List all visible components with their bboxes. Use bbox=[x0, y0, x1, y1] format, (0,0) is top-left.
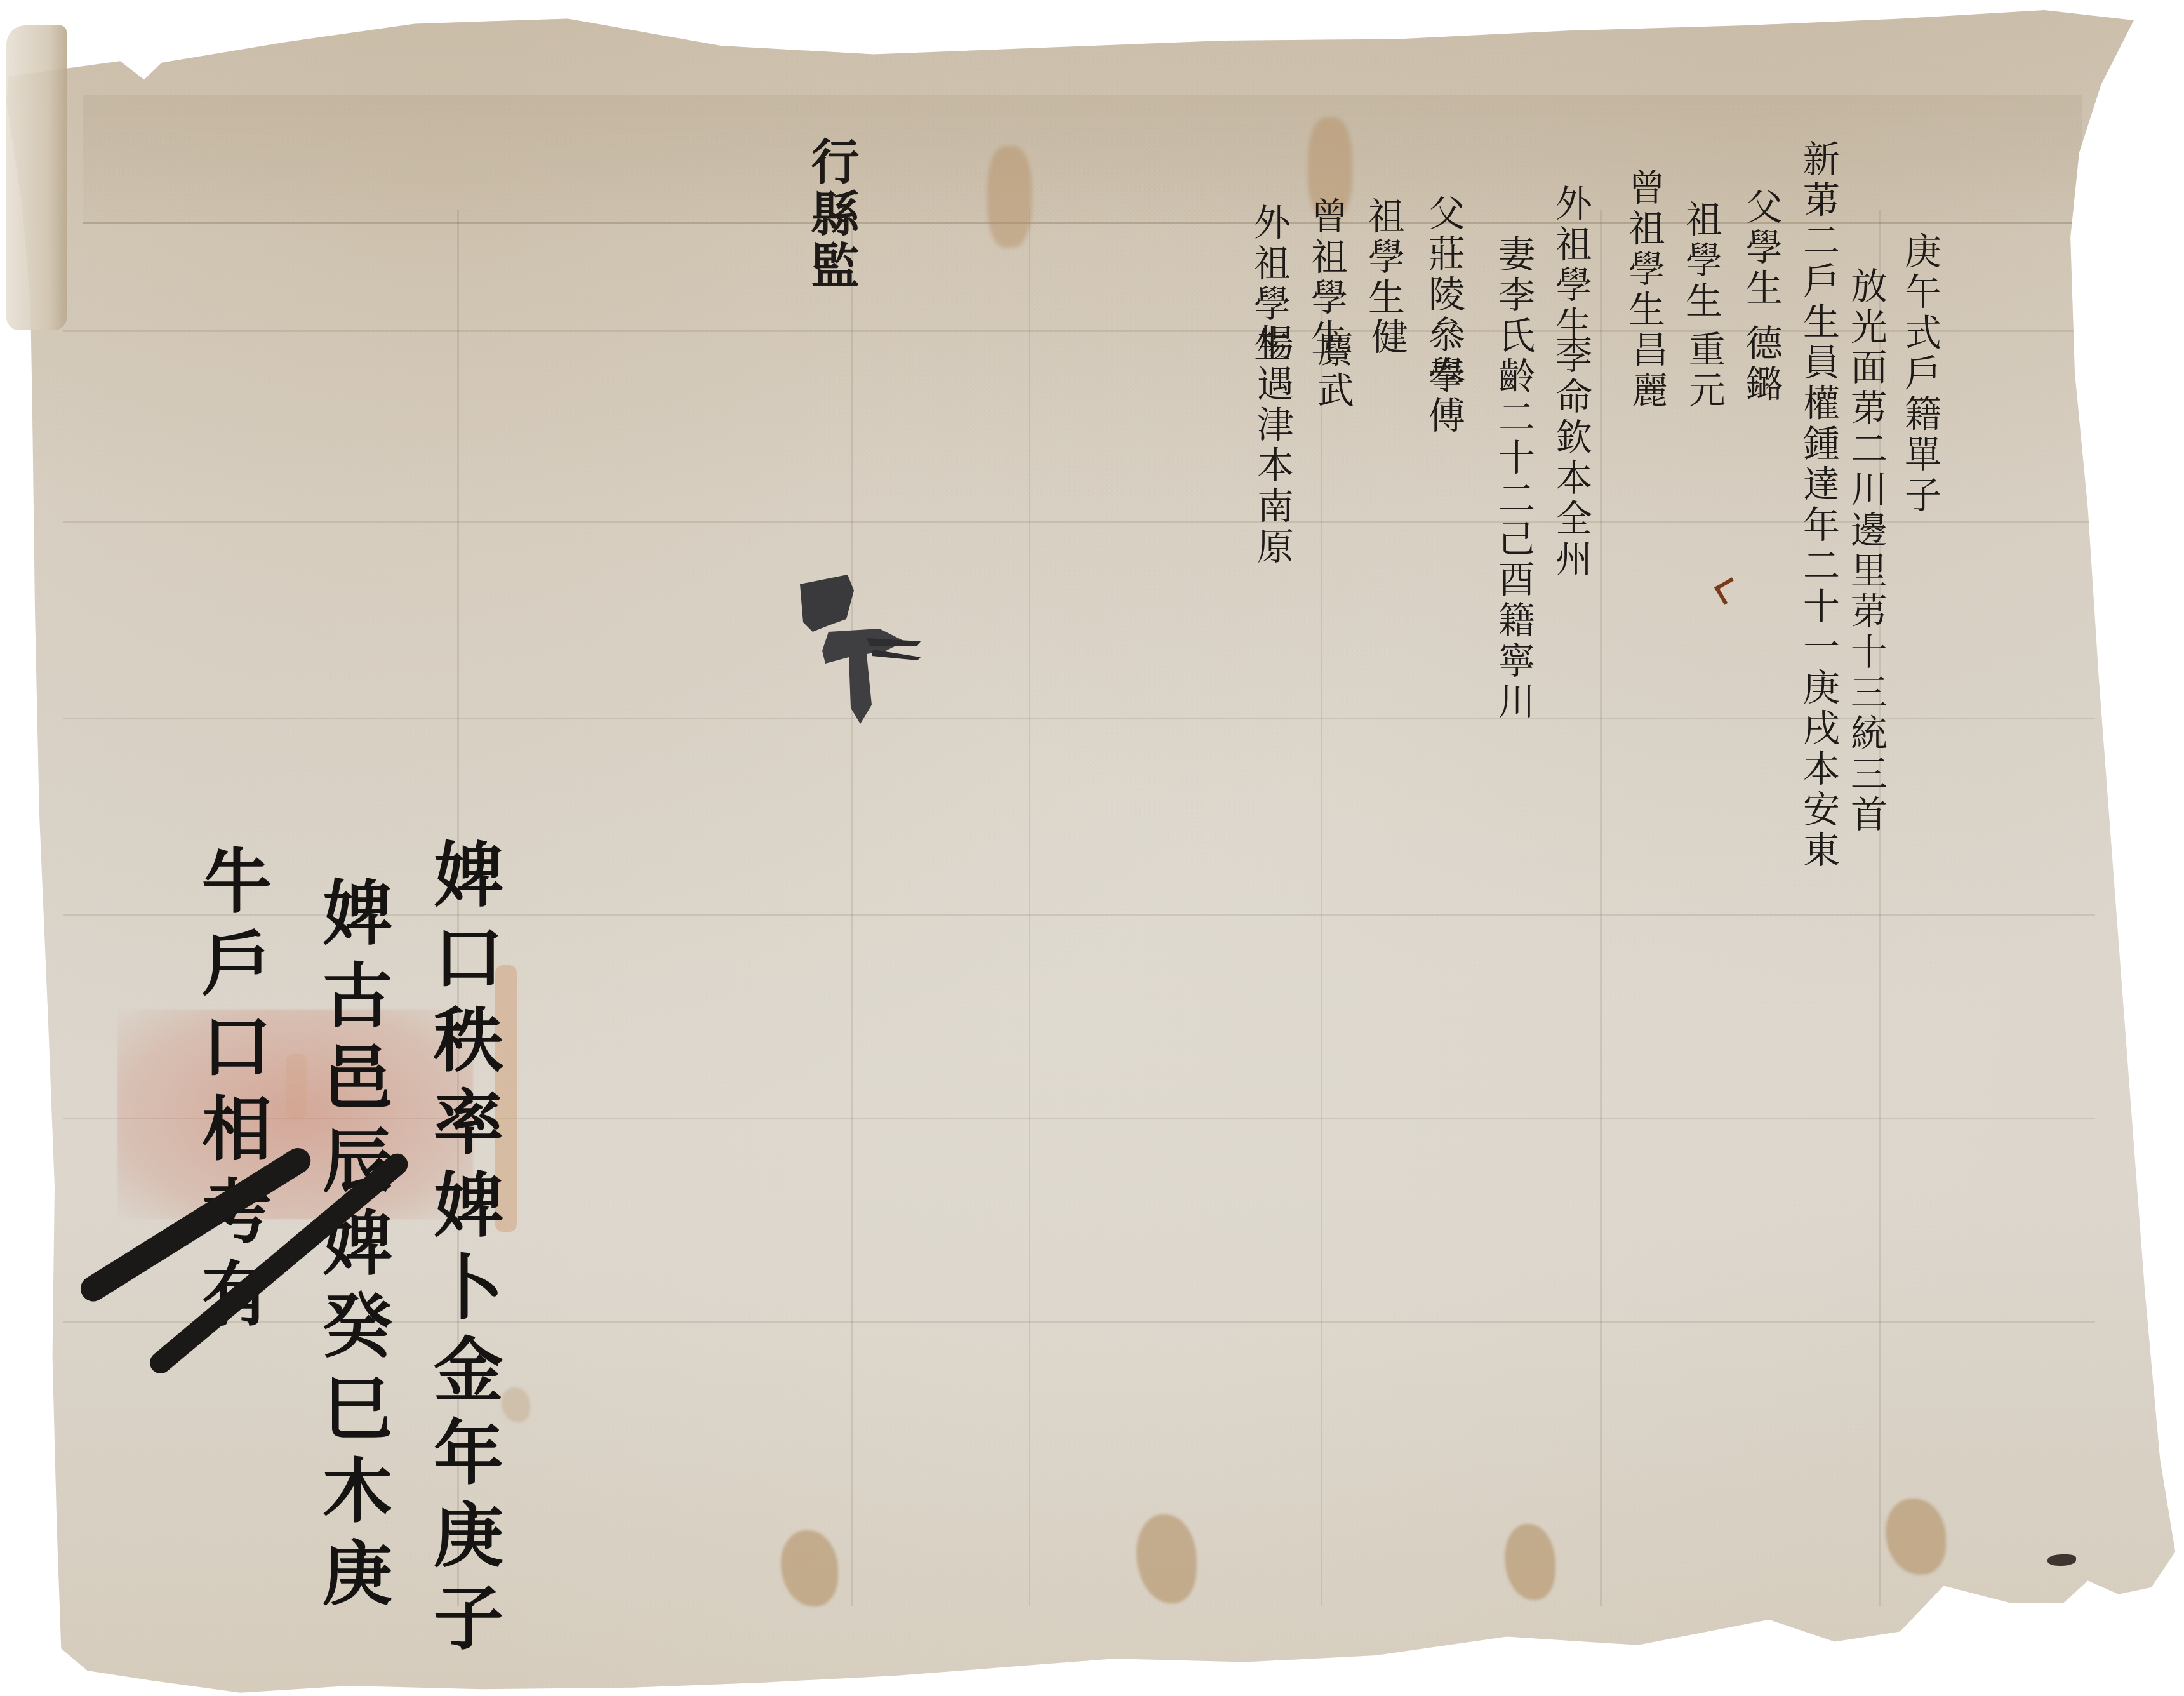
great-grandfather-name: 昌麗 bbox=[1628, 330, 1665, 411]
document-photo: 庚午式戶籍單子 放光面苐二川邊里苐十三統三首 新苐二戶生員權鍾達年二十一庚戌本安… bbox=[0, 0, 2184, 1696]
crease bbox=[1029, 210, 1030, 1606]
great-grandfather-label: 曾祖學生 bbox=[1625, 168, 1662, 331]
maternal-grandfather-line: 外祖學生 bbox=[1552, 184, 1589, 347]
signature-mark bbox=[790, 568, 943, 727]
maternal-grandfather-name: 李命欽本全州 bbox=[1552, 337, 1589, 580]
crease bbox=[1600, 210, 1602, 1606]
wife-grandfather-label: 祖學生 bbox=[1365, 197, 1402, 319]
wife-father-name: 學傅 bbox=[1425, 356, 1462, 437]
crease bbox=[63, 521, 2095, 523]
crease bbox=[63, 330, 2095, 332]
crease bbox=[1321, 210, 1322, 1606]
grandfather-name: 重元 bbox=[1686, 330, 1722, 411]
grandfather-label: 祖學生 bbox=[1682, 200, 1719, 322]
wife-line: 妻李氏齡二十二己酉籍寧川 bbox=[1495, 235, 1532, 723]
title-line: 庚午式戶籍單子 bbox=[1901, 232, 1938, 516]
father-name: 德鏴 bbox=[1743, 324, 1780, 405]
stain bbox=[1886, 1499, 1946, 1575]
rolled-edge bbox=[6, 25, 67, 330]
official-title: 行縣監 bbox=[797, 137, 866, 293]
wife-great-grandfather-name: 麖武 bbox=[1314, 330, 1351, 411]
stain bbox=[781, 1530, 838, 1606]
record-line-2: 婢古邑辰婢癸巳木庚 bbox=[302, 876, 402, 1619]
stain bbox=[987, 146, 1032, 248]
wife-maternal-grandfather-name: 楊遇津本南原 bbox=[1254, 324, 1291, 568]
wife-grandfather-name: 健 bbox=[1368, 317, 1405, 358]
crease bbox=[851, 210, 853, 1606]
crease bbox=[63, 718, 2095, 719]
stain bbox=[1136, 1514, 1197, 1603]
father-label: 父學生 bbox=[1743, 187, 1780, 309]
stain bbox=[1505, 1524, 1555, 1600]
record-line-1: 婢口秩率婢卜金年庚子 bbox=[413, 838, 513, 1664]
paper-hole bbox=[2048, 1554, 2076, 1566]
household-head-line: 新苐二戶生員權鍾達年二十一庚戌本安東 bbox=[1800, 140, 1837, 871]
address-line: 放光面苐二川邊里苐十三統三首 bbox=[1848, 267, 1884, 836]
